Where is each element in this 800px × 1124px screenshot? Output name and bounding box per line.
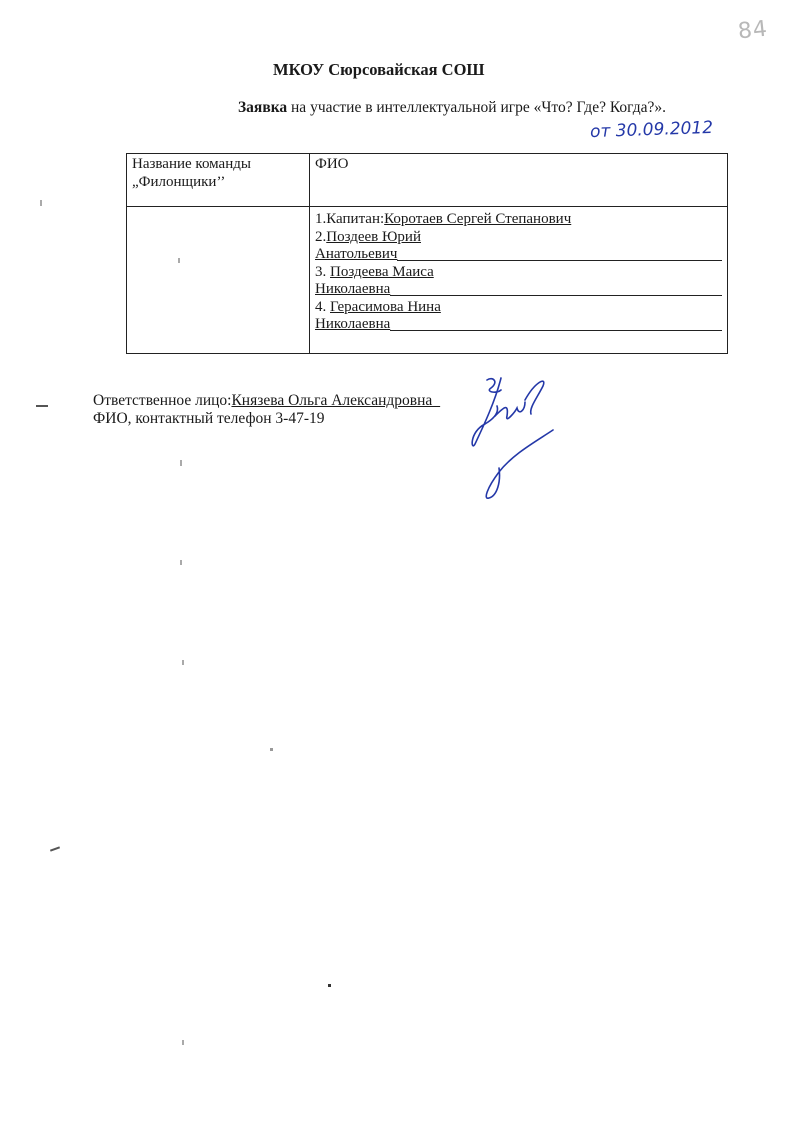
member-3: 3. Поздеева Маиса bbox=[315, 264, 722, 282]
team-table: Название команды „Филонщики’’ ФИО 1.Капи… bbox=[126, 153, 728, 354]
responsible-block: Ответственное лицо:Князева Ольга Алексан… bbox=[93, 392, 440, 428]
responsible-label: Ответственное лицо: bbox=[93, 392, 231, 409]
responsible-name: Князева Ольга Александровна_ bbox=[231, 392, 440, 409]
member-4-line2: Николаевна bbox=[315, 316, 722, 334]
member-2-line2: Анатольевич bbox=[315, 246, 722, 264]
fio-header-cell: ФИО bbox=[310, 154, 728, 207]
application-text: на участие в интеллектуальной игре «Что?… bbox=[287, 99, 666, 116]
member-name: Поздеев Юрий bbox=[326, 229, 421, 245]
organization-title: МКОУ Сюрсовайская СОШ bbox=[273, 60, 485, 80]
member-2: 2.Поздеев Юрий bbox=[315, 229, 722, 247]
member-3-line2: Николаевна bbox=[315, 281, 722, 299]
table-header-row: Название команды „Филонщики’’ ФИО bbox=[127, 154, 728, 207]
application-bold-word: Заявка bbox=[238, 99, 287, 116]
team-label: Название команды bbox=[132, 156, 304, 174]
member-1: 1.Капитан:Коротаев Сергей Степанович bbox=[315, 211, 722, 229]
handwritten-date: от 30.09.2012 bbox=[590, 118, 714, 142]
empty-cell bbox=[127, 207, 310, 354]
member-name: Поздеева Маиса bbox=[330, 264, 434, 280]
members-cell: 1.Капитан:Коротаев Сергей Степанович 2.П… bbox=[310, 207, 728, 354]
team-name: „Филонщики’’ bbox=[132, 174, 304, 192]
contact-line: ФИО, контактный телефон 3-47-19 bbox=[93, 410, 440, 428]
team-name-cell: Название команды „Филонщики’’ bbox=[127, 154, 310, 207]
page-number: 84 bbox=[737, 17, 769, 45]
member-name: Герасимова Нина bbox=[330, 299, 441, 315]
signature-icon bbox=[455, 372, 565, 507]
member-4: 4. Герасимова Нина bbox=[315, 299, 722, 317]
application-heading: Заявка на участие в интеллектуальной игр… bbox=[238, 99, 666, 117]
members-row: 1.Капитан:Коротаев Сергей Степанович 2.П… bbox=[127, 207, 728, 354]
member-name: Коротаев Сергей Степанович bbox=[384, 211, 571, 227]
fio-label: ФИО bbox=[315, 156, 722, 174]
